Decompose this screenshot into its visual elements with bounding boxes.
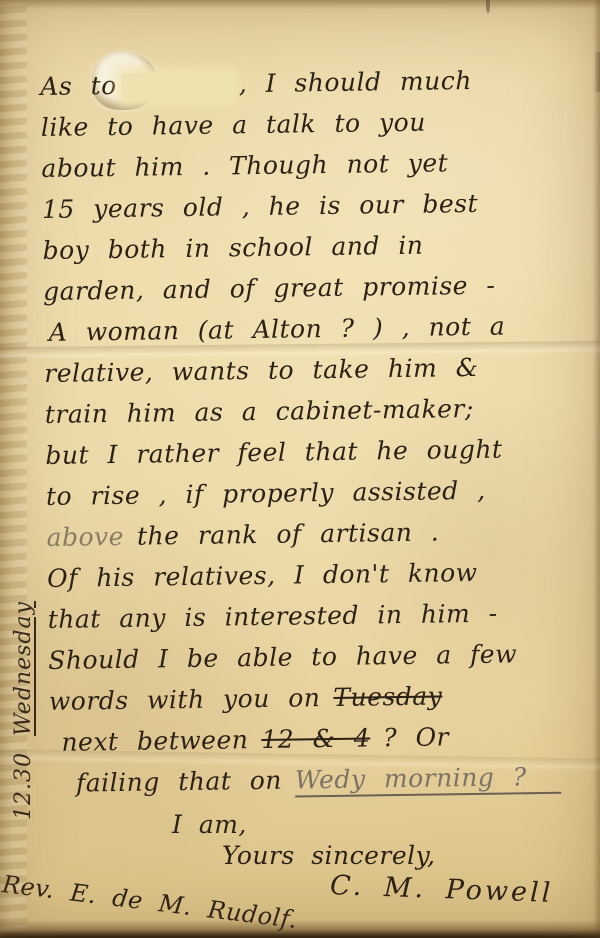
margin-note-time: 12.30 bbox=[11, 752, 36, 820]
line-text: train him as a cabinet-maker; bbox=[45, 394, 474, 429]
line-text: Should I be able to have a few bbox=[48, 639, 517, 675]
margin-note-day: Wednesday bbox=[11, 601, 36, 736]
paper-top-edge bbox=[0, 0, 600, 9]
line-text: 15 years old , he is our best bbox=[42, 189, 478, 224]
line-text: ? Or bbox=[383, 722, 449, 752]
line-text: to rise , if properly assisted , bbox=[46, 476, 486, 511]
letter-page: 12.30 Wednesday As to, I should much lik… bbox=[0, 0, 600, 938]
line-text: As to bbox=[40, 71, 117, 101]
erased-name-patch bbox=[123, 72, 233, 102]
margin-note: 12.30 Wednesday bbox=[8, 540, 40, 820]
line-text: failing that on bbox=[76, 766, 282, 798]
pencil-addition: Wedy morning ? bbox=[295, 762, 561, 798]
line-text: next between bbox=[61, 725, 248, 757]
struck-word: 12 & 4 bbox=[261, 723, 370, 754]
line-text: words with you on bbox=[49, 683, 321, 716]
struck-word: Tuesday bbox=[333, 681, 442, 712]
line-text: A woman (at Alton ? ) , not a bbox=[49, 312, 506, 347]
recipient-name: Rev. E. de M. Rudolf. bbox=[1, 870, 299, 934]
line-text: the rank of artisan . bbox=[137, 517, 440, 550]
paper-mark bbox=[486, 0, 490, 13]
line-text: but I rather feel that he ought bbox=[45, 435, 502, 470]
signature: C. M. Powell bbox=[330, 870, 554, 909]
line-text: Of his relatives, I don't know bbox=[47, 558, 478, 593]
line-text: boy both in school and in bbox=[42, 231, 423, 265]
line-text: that any is interested in him - bbox=[48, 599, 498, 634]
line-text: garden, and of great promise - bbox=[43, 271, 496, 306]
faded-word: above bbox=[46, 522, 124, 552]
line-text: relative, wants to take him & bbox=[44, 353, 478, 388]
letter-body: As to, I should much like to have a talk… bbox=[40, 58, 600, 804]
paper-bottom-edge bbox=[0, 920, 600, 938]
letter-line: failing that onWedy morning ? bbox=[76, 755, 600, 803]
line-text: about him . Though not yet bbox=[41, 148, 448, 183]
line-text: , I should much bbox=[239, 66, 473, 98]
paper-nick bbox=[594, 52, 600, 92]
closing-yours-sincerely: Yours sincerely, bbox=[222, 841, 435, 870]
line-text: like to have a talk to you bbox=[41, 108, 426, 142]
letter-line: Should I be able to have a few bbox=[48, 632, 600, 681]
closing-i-am: I am, bbox=[172, 810, 247, 839]
